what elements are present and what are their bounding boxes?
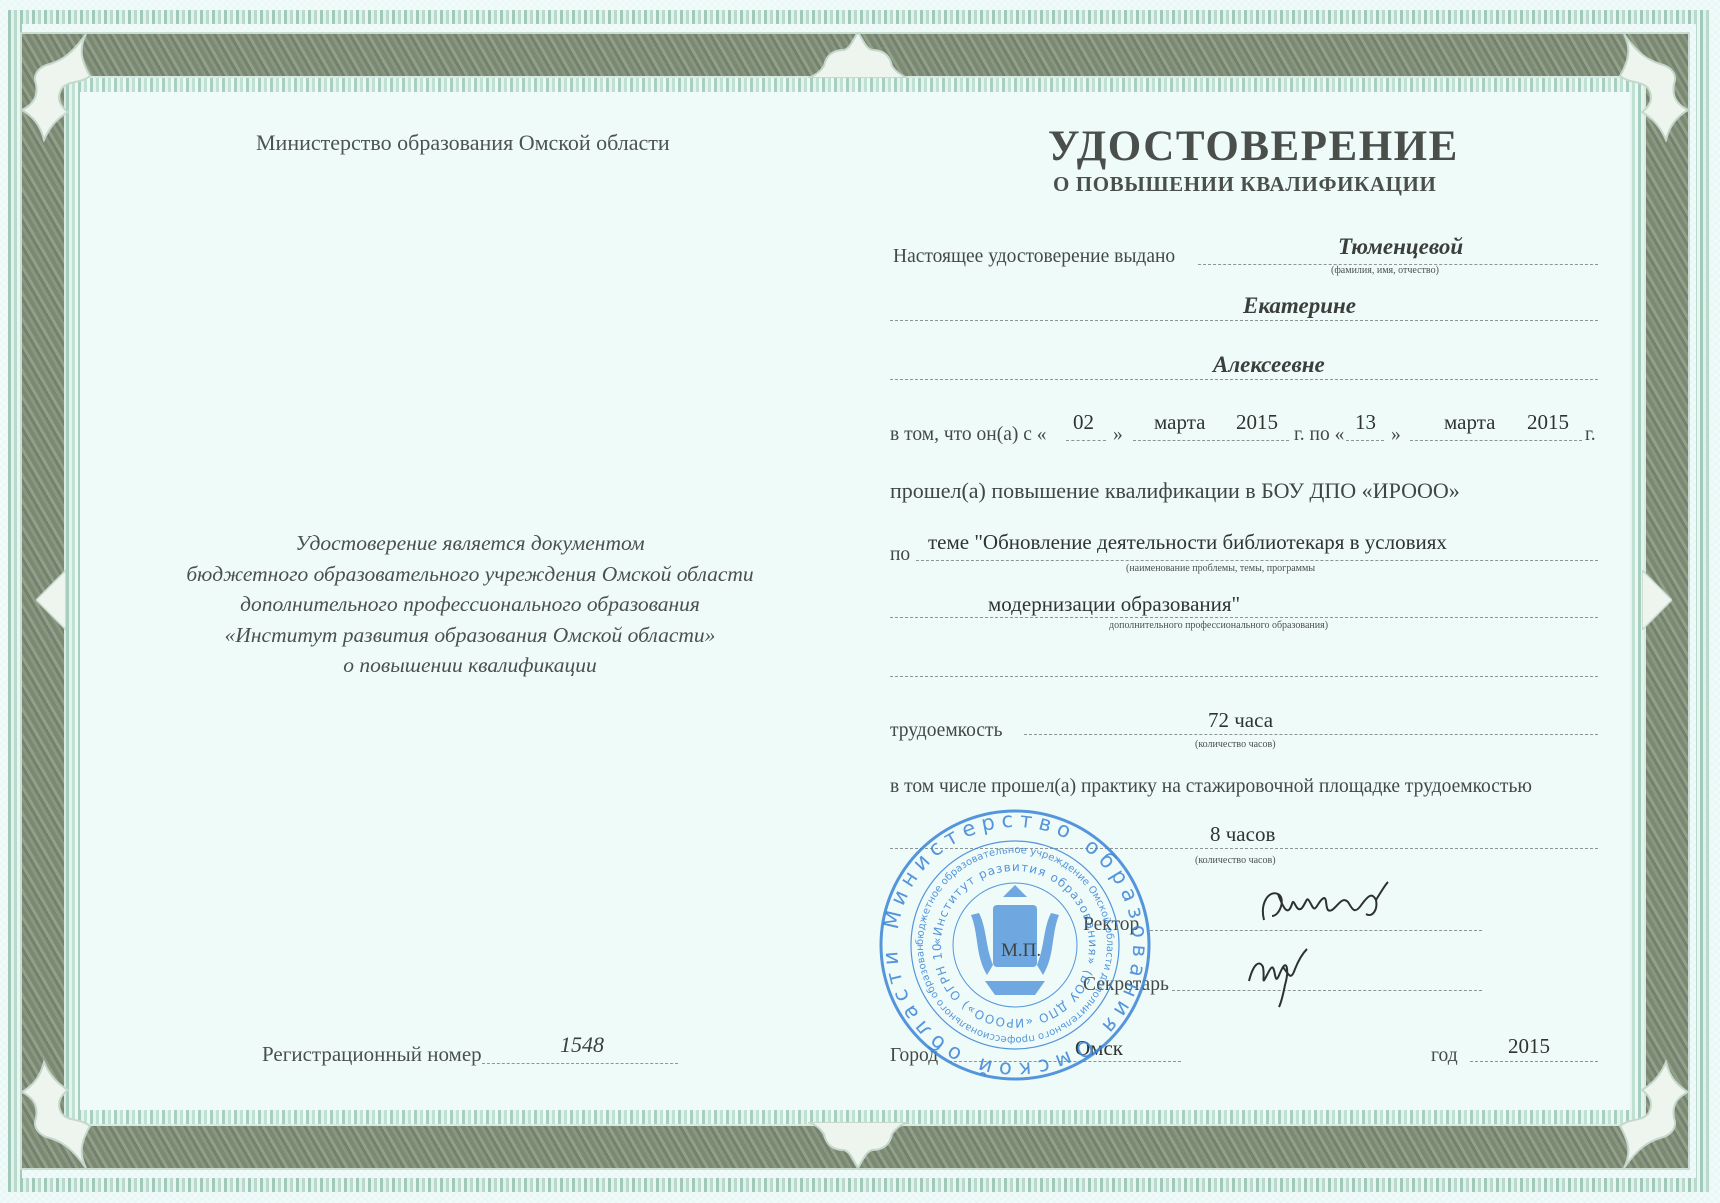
- ministry-name: Министерство образования Омской области: [256, 130, 670, 156]
- topic-underline-1: [916, 560, 1598, 561]
- period-to-prefix: г. по «: [1294, 424, 1344, 446]
- topic-line-1: теме "Обновление деятельности библиотека…: [928, 530, 1447, 555]
- description-line: бюджетного образовательного учреждения О…: [140, 559, 800, 590]
- topic-hint-2: дополнительного профессионального образо…: [1109, 620, 1328, 631]
- corner-ornament-bottom-left: [20, 1060, 120, 1170]
- year-value: 2015: [1508, 1034, 1550, 1059]
- year-suffix: г.: [1585, 424, 1596, 446]
- bottom-center-ornament: [808, 1122, 908, 1168]
- to-year: 2015: [1527, 410, 1569, 435]
- secretary-signature-line: [1172, 990, 1482, 991]
- registration-underline: [482, 1063, 678, 1064]
- issued-to-label: Настоящее удостоверение выдано: [893, 246, 1175, 268]
- corner-ornament-top-right: [1586, 32, 1690, 142]
- rector-signature-line: [1150, 930, 1482, 931]
- patronymic-underline: [890, 379, 1598, 380]
- from-month-year-underline: [1133, 440, 1289, 441]
- completed-statement: прошел(а) повышение квалификации в БОУ Д…: [890, 478, 1460, 504]
- description-line: дополнительного профессионального образо…: [140, 589, 800, 620]
- from-year: 2015: [1236, 410, 1278, 435]
- to-month: марта: [1444, 410, 1495, 435]
- certificate-sheet: Министерство образования Омской области …: [0, 0, 1720, 1203]
- rector-signature: [1258, 880, 1408, 930]
- description-line: «Институт развития образования Омской об…: [140, 620, 800, 651]
- recipient-surname: Тюменцевой: [1338, 234, 1463, 260]
- description-line: о повышении квалификации: [140, 650, 800, 681]
- period-prefix: в том, что он(а) с «: [890, 424, 1047, 446]
- practice-label: в том числе прошел(а) практику на стажир…: [890, 776, 1532, 798]
- from-day-underline: [1066, 440, 1106, 441]
- topic-line-2: модернизации образования": [988, 592, 1240, 617]
- from-month: марта: [1154, 410, 1205, 435]
- from-close-quote: »: [1113, 424, 1123, 446]
- registration-label: Регистрационный номер: [262, 1042, 482, 1067]
- document-subtitle: О ПОВЫШЕНИИ КВАЛИФИКАЦИИ: [1053, 172, 1436, 197]
- to-day-underline: [1346, 440, 1384, 441]
- from-day: 02: [1073, 410, 1094, 435]
- topic-hint-1: (наименование проблемы, темы, программы: [1126, 563, 1315, 574]
- right-center-ornament: [1642, 570, 1672, 630]
- workload-value: 72 часа: [1208, 708, 1273, 733]
- corner-ornament-bottom-right: [1586, 1060, 1690, 1170]
- secretary-signature: [1245, 945, 1315, 1009]
- practice-hint: (количество часов): [1195, 855, 1276, 866]
- year-label: год: [1431, 1045, 1458, 1067]
- seal-placeholder-label: М.П.: [1001, 940, 1041, 962]
- corner-ornament-top-left: [20, 32, 120, 142]
- top-center-ornament: [808, 32, 908, 78]
- recipient-patronymic: Алексеевне: [1213, 352, 1325, 378]
- fio-hint: (фамилия, имя, отчество): [1331, 265, 1439, 276]
- to-month-year-underline: [1410, 440, 1582, 441]
- topic-underline-2: [890, 617, 1598, 618]
- topic-prefix: по: [890, 544, 910, 566]
- description-line: Удостоверение является документом: [140, 528, 800, 559]
- to-close-quote: »: [1391, 424, 1401, 446]
- to-day: 13: [1355, 410, 1376, 435]
- workload-label: трудоемкость: [890, 720, 1002, 742]
- recipient-first-name: Екатерине: [1243, 293, 1356, 319]
- first-name-underline: [890, 320, 1598, 321]
- year-underline: [1470, 1061, 1598, 1062]
- practice-value: 8 часов: [1210, 822, 1275, 847]
- issuer-description: Удостоверение является документом бюджет…: [140, 528, 800, 681]
- workload-hint: (количество часов): [1195, 739, 1276, 750]
- registration-number: 1548: [560, 1032, 604, 1058]
- document-title: УДОСТОВЕРЕНИЕ: [1048, 122, 1459, 171]
- topic-underline-3: [890, 676, 1598, 677]
- workload-underline: [1024, 734, 1598, 735]
- left-center-ornament: [36, 570, 66, 630]
